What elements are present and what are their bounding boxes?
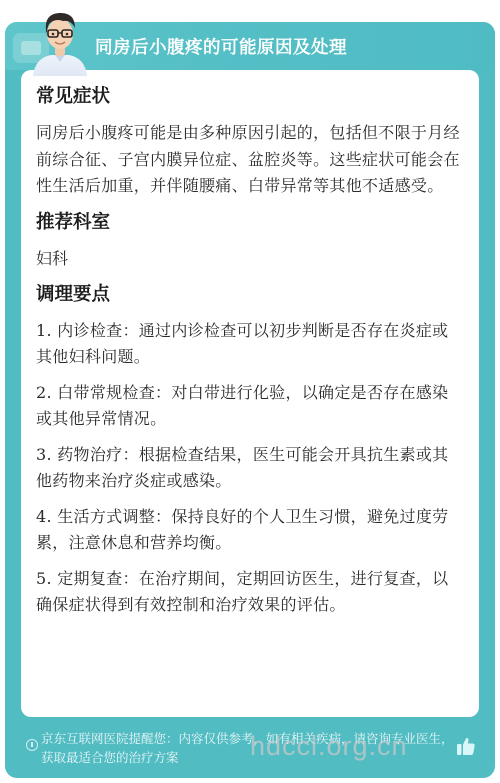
list-item: 1. 内诊检查：通过内诊检查可以初步判断是否存在炎症或其他妇科问题。: [36, 318, 464, 371]
list-item: 2. 白带常规检查：对白带进行化验，以确定是否存在感染或其他异常情况。: [36, 380, 464, 433]
item-number: 3.: [36, 445, 52, 464]
advice-panel: 同房后小腹疼的可能原因及处理 常见症状 同房后小腹疼可能是由多种原因引起的，包括…: [5, 22, 495, 778]
item-text: 白带常规检查：对白带进行化验，以确定是否存在感染或其他异常情况。: [36, 383, 448, 429]
section-title: 推荐科室: [36, 210, 464, 236]
item-number: 4.: [36, 507, 52, 526]
info-circle-icon: [26, 739, 38, 751]
item-text: 生活方式调整：保持良好的个人卫生习惯，避免过度劳累，注意休息和营养均衡。: [36, 507, 448, 553]
item-number: 5.: [36, 569, 52, 588]
list-item: 4. 生活方式调整：保持良好的个人卫生习惯，避免过度劳累，注意休息和营养均衡。: [36, 504, 464, 557]
section-care-points: 调理要点 1. 内诊检查：通过内诊检查可以初步判断是否存在炎症或其他妇科问题。 …: [36, 282, 464, 619]
item-text: 药物治疗：根据检查结果，医生可能会开具抗生素或其他药物来治疗炎症或感染。: [36, 445, 448, 491]
department-value: 妇科: [36, 246, 464, 272]
thumbs-up-icon[interactable]: [456, 736, 476, 756]
list-item: 3. 药物治疗：根据检查结果，医生可能会开具抗生素或其他药物来治疗炎症或感染。: [36, 442, 464, 495]
content-card: 常见症状 同房后小腹疼可能是由多种原因引起的，包括但不限于月经前综合征、子宫内膜…: [21, 70, 479, 717]
item-text: 定期复查：在治疗期间，定期回访医生，进行复查，以确保症状得到有效控制和治疗效果的…: [36, 569, 448, 615]
list-item: 5. 定期复查：在治疗期间，定期回访医生，进行复查，以确保症状得到有效控制和治疗…: [36, 566, 464, 619]
section-department: 推荐科室 妇科: [36, 210, 464, 272]
item-text: 内诊检查：通过内诊检查可以初步判断是否存在炎症或其他妇科问题。: [36, 321, 448, 367]
footer: 京东互联网医院提醒您：内容仅供参考，如有相关疾病，请咨询专业医生，获取最适合您的…: [21, 727, 479, 775]
doctor-avatar: [29, 6, 91, 76]
disclaimer-text: 京东互联网医院提醒您：内容仅供参考，如有相关疾病，请咨询专业医生，获取最适合您的…: [41, 729, 461, 767]
symptoms-text: 同房后小腹疼可能是由多种原因引起的，包括但不限于月经前综合征、子宫内膜异位症、盆…: [36, 120, 464, 200]
item-number: 2.: [36, 383, 52, 402]
section-title: 调理要点: [36, 282, 464, 308]
section-symptoms: 常见症状 同房后小腹疼可能是由多种原因引起的，包括但不限于月经前综合征、子宫内膜…: [36, 84, 464, 200]
section-title: 常见症状: [36, 84, 464, 110]
page-title: 同房后小腹疼的可能原因及处理: [95, 34, 347, 59]
item-number: 1.: [36, 321, 52, 340]
